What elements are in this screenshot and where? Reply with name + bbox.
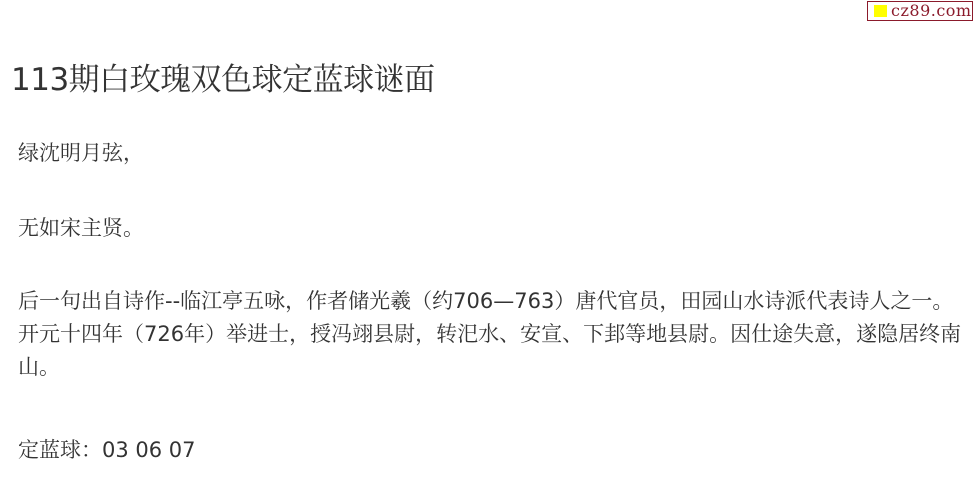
watermark-text: cz89.com xyxy=(891,2,972,20)
paragraph-riddle-line-1: 绿沈明月弦， xyxy=(18,137,963,170)
paragraph-explanation: 后一句出自诗作--临江亭五咏，作者储光羲（约706—763）唐代官员，田园山水诗… xyxy=(18,285,963,384)
paragraph-riddle-line-2: 无如宋主贤。 xyxy=(18,212,963,245)
paragraph-blue-ball-numbers: 定蓝球：03 06 07 xyxy=(18,434,963,467)
site-watermark: cz89.com xyxy=(867,1,973,21)
yellow-square-icon xyxy=(874,5,887,17)
page-title: 113期白玫瑰双色球定蓝球谜面 xyxy=(11,58,435,102)
